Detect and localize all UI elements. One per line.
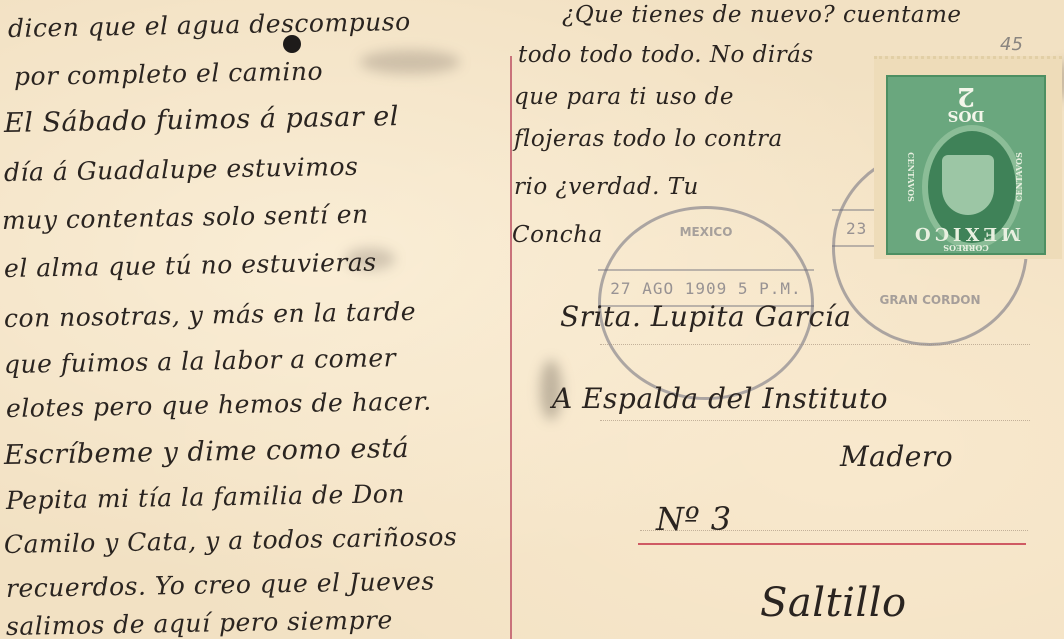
address-rule-red bbox=[638, 543, 1026, 545]
message-line: que fuimos a la labor a comer bbox=[4, 343, 397, 379]
address-guide-line bbox=[600, 420, 1030, 421]
message-line: muy contentas solo sentí en bbox=[2, 200, 369, 235]
message-line: Camilo y Cata, y a todos cariñosos bbox=[4, 522, 458, 559]
eagle-emblem-icon bbox=[942, 155, 994, 215]
ink-smudge bbox=[360, 50, 460, 74]
postage-stamp: 2 DOS MEXICO CORREOS CENTAVOS CENTAVOS bbox=[874, 56, 1062, 259]
message-line: rio ¿verdad. Tu bbox=[514, 174, 699, 200]
message-line: Pepita mi tía la familia de Don bbox=[6, 479, 405, 515]
message-line: Escríbeme y dime como está bbox=[4, 433, 410, 471]
address-city: Saltillo bbox=[760, 580, 907, 626]
message-line: El Sábado fuimos á pasar el bbox=[4, 101, 399, 139]
stamp-denomination: DOS bbox=[888, 107, 1044, 125]
message-line: el alma que tú no estuvieras bbox=[4, 247, 377, 282]
message-signature: Concha bbox=[512, 222, 603, 248]
postmark-ring-text: GRAN CORDON bbox=[835, 293, 1025, 307]
message-line: con nosotras, y más en la tarde bbox=[4, 297, 417, 333]
message-line: flojeras todo lo contra bbox=[514, 126, 783, 152]
message-line: todo todo todo. No dirás bbox=[518, 42, 814, 68]
pencil-note: 45 bbox=[1000, 34, 1023, 55]
message-line: que para ti uso de bbox=[514, 84, 734, 110]
center-divider-line bbox=[510, 56, 512, 639]
message-line: salimos de aquí pero siempre bbox=[6, 605, 393, 639]
address-number: Nº 3 bbox=[656, 500, 732, 538]
stamp-service: CORREOS bbox=[888, 243, 1044, 253]
message-line: dicen que el agua descompuso bbox=[8, 7, 411, 43]
message-line: por completo el camino bbox=[14, 57, 324, 91]
message-line: ¿Que tienes de nuevo? cuentame bbox=[562, 2, 962, 28]
address-guide-line bbox=[600, 344, 1030, 345]
message-line: día á Guadalupe estuvimos bbox=[4, 152, 359, 187]
stamp-design: 2 DOS MEXICO CORREOS CENTAVOS CENTAVOS bbox=[886, 75, 1046, 255]
message-line: elotes pero que hemos de hacer. bbox=[6, 387, 432, 423]
stamp-country: MEXICO bbox=[888, 223, 1044, 244]
postmark-ring-text: MEXICO bbox=[601, 225, 811, 239]
postcard-back: 45 dicen que el agua descompuso por comp… bbox=[0, 0, 1064, 639]
address-recipient: Srita. Lupita García bbox=[560, 300, 851, 333]
address-line-2: Madero bbox=[840, 440, 953, 473]
stamp-unit-right: CENTAVOS bbox=[1014, 142, 1024, 212]
stamp-unit-left: CENTAVOS bbox=[906, 142, 916, 212]
message-line: recuerdos. Yo creo que el Jueves bbox=[6, 567, 435, 603]
address-line-1: A Espalda del Instituto bbox=[552, 382, 888, 415]
